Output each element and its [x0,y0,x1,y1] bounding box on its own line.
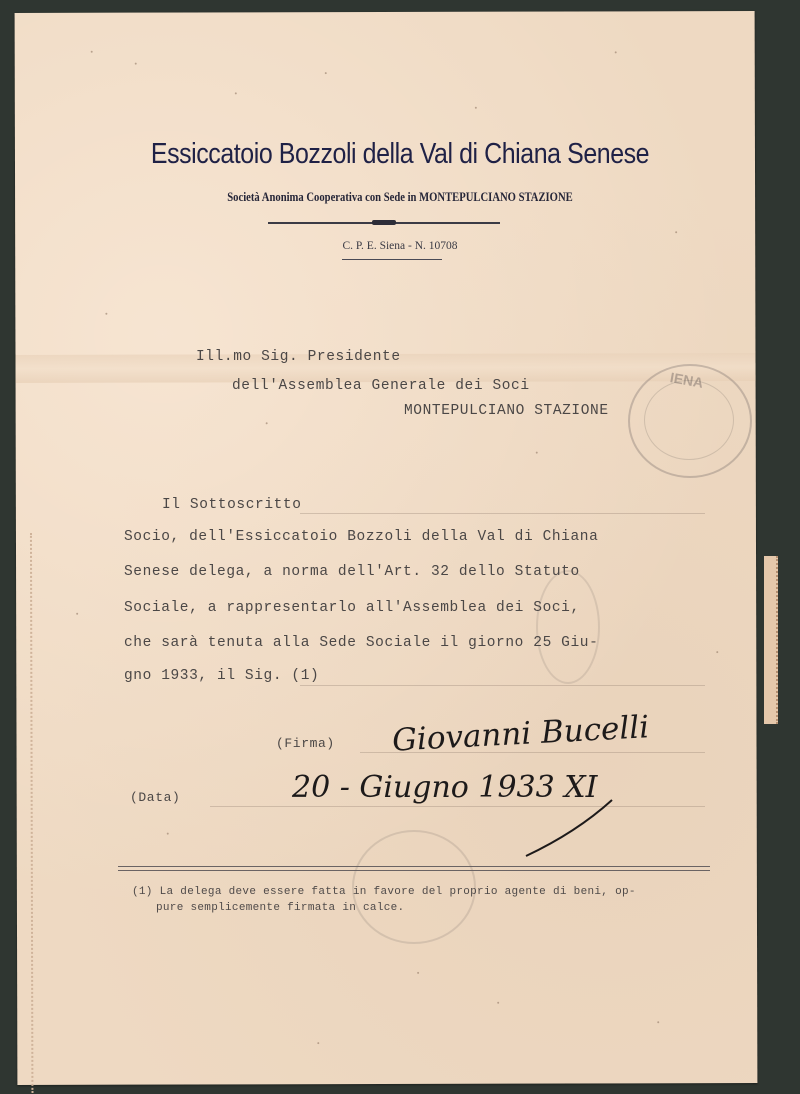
letterhead-subtitle: Società Anonima Cooperativa con Sede in … [60,190,740,205]
postmark-stamp: IENA [628,364,752,478]
paper-speck [317,1042,319,1044]
paper-speck [91,51,93,53]
paper-speck [536,452,538,454]
paper-speck [235,92,237,94]
addressee-line-1: Ill.mo Sig. Presidente [196,349,401,365]
registration-number: C. P. E. Siena - N. 10708 [0,240,800,252]
perforated-edge [30,533,37,1093]
paper-speck [615,51,617,53]
date-line [210,806,705,807]
body-line-5: che sarà tenuta alla Sede Sociale il gio… [124,635,598,651]
firma-label: (Firma) [276,736,335,751]
paper-speck [76,613,78,615]
registration-rule [342,259,442,260]
paper-speck [675,231,677,233]
postmark-inner-ring [644,380,734,460]
paper-speck [475,107,477,109]
body-line-2: Socio, dell'Essiccatoio Bozzoli della Va… [124,529,598,545]
paper-speck [417,972,419,974]
paper-speck [105,313,107,315]
pen-stroke-flourish [520,796,620,860]
ornament-center [372,220,396,225]
footnote-line-1: (1) La delega deve essere fatta in favor… [132,886,636,898]
fill-line [300,685,705,686]
letterhead-title: Essiccatoio Bozzoli della Val di Chiana … [56,138,744,171]
addressee-line-3: MONTEPULCIANO STAZIONE [404,403,609,419]
paper-speck [657,1021,659,1023]
fill-line [300,513,705,514]
footnote-divider [118,866,710,871]
body-line-4: Sociale, a rappresentarlo all'Assemblea … [124,600,580,616]
paper-speck [167,833,169,835]
body-line-1: Il Sottoscritto [162,497,302,513]
body-line-6: gno 1933, il Sig. (1) [124,668,319,684]
paper-speck [135,63,137,65]
paper-speck [266,422,268,424]
torn-stub-edge [764,556,778,724]
paper-speck [716,651,718,653]
paper-speck [325,72,327,74]
faint-stamp [536,570,600,684]
body-line-3: Senese delega, a norma dell'Art. 32 dell… [124,564,580,580]
footnote-line-2: pure semplicemente firmata in calce. [156,902,404,914]
paper-speck [497,1002,499,1004]
data-label: (Data) [130,790,180,805]
addressee-line-2: dell'Assemblea Generale dei Soci [232,378,530,394]
